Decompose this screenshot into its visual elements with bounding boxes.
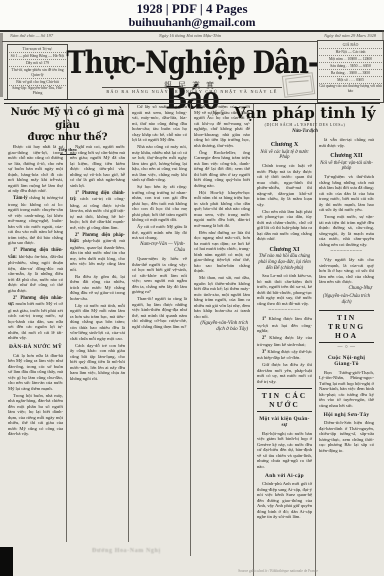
- office-box-line: Tòa-soạn và Trị-sự:: [9, 47, 66, 53]
- article1-title-line2: được như thế?: [7, 132, 128, 145]
- body-paragraph: Than-ôi! người ta cùng là người, họ làm …: [132, 296, 187, 329]
- sub-headline: Anh với Ai-cập: [257, 473, 312, 480]
- body-paragraph: 3° Không được cậy thế-lực mà hiếp-đáp kẻ…: [257, 349, 312, 361]
- article1-title-line1: Nước Mỹ vì có gì mà giàu: [7, 107, 128, 132]
- signature: Chung-Nhự: [319, 286, 372, 292]
- office-box-line: Số 1 — phố Hàng Bông — Hà-Nội: [9, 54, 66, 60]
- dateline-lunar-date: Ngày 16 tháng Hai năm Mậu-Thìn: [120, 33, 260, 39]
- sub-headline: Cuộc Nội-nghị Giang-Tô: [319, 355, 374, 368]
- body-paragraph: Cho nên nhà làm luật phải xét phong-tục …: [257, 209, 312, 242]
- body-paragraph: 2° Phương diện nhân-sự: muốn biết nước M…: [8, 295, 63, 341]
- scan-header-meta: 1928 | PDF | 4 Pages: [0, 1, 384, 16]
- price-box-line: Giá quảng-cáo xin thương-lượng với nhà b…: [319, 84, 382, 94]
- ornamental-separator: ~~~~~~~~~~: [257, 308, 312, 314]
- bleed-through-heading: Đường Hoa-Nam Nghị: [92, 548, 161, 555]
- body-paragraph: Trong hội buôn, nhà máy, nhà ngân-hàng, …: [8, 393, 63, 437]
- body-paragraph: Mỏ than, mỏ sắt, mỏ dầu, nguồn lợi thiên…: [194, 275, 250, 319]
- body-paragraph: Cứ lấy số xuất-cảng năm ngoái mà xem, hà…: [132, 104, 187, 143]
- scan-edge-artifact-left: [0, 33, 3, 97]
- body-paragraph: 1° Không được làm điều vụ-lợi mà hại đến…: [257, 316, 312, 334]
- body-paragraph: Chính trong các luật về nước Pháp mà ta …: [257, 163, 312, 207]
- col-6: là vẫn tồn-tại chẳng mà mất được vậy.Chư…: [315, 104, 377, 576]
- office-box-line: Dây nói số 179: [9, 61, 66, 67]
- article2-title: Vạn pháp tinh lý: [232, 105, 378, 122]
- body-paragraph: Vậy người lấy sức cho sinh-mạnh, là của-…: [319, 257, 374, 285]
- stamp-scribble: [288, 80, 308, 82]
- body-paragraph: Bọn Tưởng-giới-Thạch, Lý-tôn-Nhân, Phùng…: [319, 370, 374, 409]
- tagline-rule: [102, 87, 282, 88]
- masthead-office-box: Tòa-soạn và Trị-sự:Số 1 — phố Hàng Bông …: [7, 44, 68, 100]
- article2-headline: Vạn pháp tinh lý (DỊCH SÁCH «L'ESPRIT DE…: [232, 105, 378, 135]
- masthead-price-box: GIÁ BÁOHà-Nội — Các tỉnhMột năm . . 10$0…: [317, 40, 384, 103]
- body-paragraph: Hội Hoa-kỳ khuyến-học mỗi năm chi ra hàn…: [194, 190, 250, 229]
- office-box-line: Sáng-lập: Nguyễn-hữu-Thu, Hải-Phòng: [9, 86, 66, 96]
- scan-corner-artifact: [0, 547, 13, 576]
- body-paragraph: Ba điều ấy gồm đủ, lại thêm đất rộng của…: [70, 274, 125, 302]
- dateline-issue: Năm thứ chín — Số 197: [10, 33, 53, 39]
- body-paragraph: 1° Phương diện chính-trị: cách cai-trị r…: [70, 190, 125, 231]
- body-paragraph: Giữ được ba điều ấy thì dân-tâm mới yên,…: [257, 362, 312, 384]
- sub-headline: Một vài kiện Quân-sự: [257, 416, 312, 429]
- body-paragraph: Đến như đường xe lửa thì dọc ngang như m…: [194, 230, 250, 274]
- office-box-line: Thư-từ, ngân-phiếu xin đề tên ông Quản-l…: [9, 68, 66, 79]
- price-box-line: Sáu tháng . . 5$50 — 6$50: [319, 64, 382, 70]
- scan-header-email: buihuuhanh@gmail.com: [0, 16, 384, 29]
- sub-headline: Hội nghị Sơn-Tây: [319, 412, 374, 419]
- body-paragraph: Ông Rockefeller, ông Carnegie đem hàng t…: [194, 150, 250, 189]
- chapter-heading: Chương X: [257, 141, 312, 148]
- body-paragraph: Tự-nghiệm và thử-thách chẳng bằng những …: [319, 174, 374, 213]
- margin-note: № 6: [212, 108, 225, 117]
- article2-subtitle-source: (DỊCH SÁCH «L'ESPRIT DES LOIS»): [232, 123, 378, 128]
- scan-source-credit: Source gallica.bnf.fr / Bibliothèque nat…: [198, 569, 358, 574]
- price-box-line: Ba tháng . . 3$00 — 3$50: [319, 71, 382, 77]
- price-box-line: Hà-Nội — Các tỉnh: [319, 50, 382, 56]
- section-title: TIN TRUNG HOA: [319, 310, 374, 343]
- chapter-heading: Chương XII: [319, 152, 374, 159]
- body-paragraph: Chính-phủ Anh mới gửi tờ thông-điệp sang…: [257, 481, 312, 520]
- col-4: Cái quan-niệm của người Mỹ về sự làm già…: [191, 104, 253, 562]
- italic-caption: (Nguyễn-văn-Châu trích dịch): [319, 294, 374, 306]
- section-title: TIN CÁC NƯỚC: [257, 388, 312, 412]
- body-paragraph: 2° Phương diện pháp-luật: pháp-luật giản…: [70, 232, 125, 273]
- body-paragraph: Đại-hội-nghị các nước bàn việc giảm bớt …: [257, 431, 312, 470]
- article1-headline: Nước Mỹ vì có gì mà giàu được như thế? T…: [7, 107, 128, 155]
- top-rule: [0, 30, 384, 32]
- signature: Nam-trợ-Văn — Vịnh-Châu: [132, 242, 185, 254]
- col-5: Chương XNói về các luật tệ ở nước PhápCh…: [253, 104, 315, 576]
- article1-subtitle-rule: [60, 154, 76, 155]
- italic-caption: Thế nào mà hồi đầu chúng phải lòng đạo-đ…: [257, 254, 312, 271]
- body-paragraph: Sau La-mã có tính kiêu-sa, bỏ mất thói c…: [257, 273, 312, 306]
- body-paragraph: Trong một nước, sự vận-tải mà tiện thì t…: [319, 214, 374, 247]
- body-paragraph: Diêm-tích-Sơn hiện đóng đại-bản-dinh ở T…: [319, 420, 374, 453]
- sub-headline: ĐÀN-BÀ NƯỚC MỸ: [8, 344, 63, 351]
- office-box-line: Bài vở gửi cho ông Chủ-bút: [9, 80, 66, 86]
- body-paragraph: Sự học bên ấy rất rộng: trường công trườ…: [132, 184, 187, 223]
- article2-translator: Nửa-Tư dịch: [232, 129, 378, 135]
- col-2: Nghĩ mà coi, người nước nào cũng bởi sự …: [67, 104, 129, 542]
- body-paragraph: Lấy cả nước mà tính, mỗi người dân Mỹ mỗ…: [70, 303, 125, 342]
- col-3: Cứ lấy số xuất-cảng năm ngoái mà xem, hà…: [129, 104, 191, 556]
- article1-subtitle: Tiếp theo: [7, 147, 128, 153]
- article-columns: Được cái hay nhất là sự giao-thông tiện-…: [5, 104, 381, 576]
- masthead-tagline: BÁO RA HẰNG NGÀY TRỪ NGÀY CHỦ NHẬT VÀ NG…: [66, 89, 318, 94]
- body-paragraph: Ấy cái cớ nước Mỹ giàu là thế, người mìn…: [132, 224, 187, 241]
- body-paragraph: Cách dạy-dỗ trẻ con bên ấy cũng khác: co…: [70, 343, 125, 382]
- newspaper-scan-page: 1928 | PDF | 4 Pages buihuuhanh@gmail.co…: [0, 0, 384, 576]
- italic-caption: Nói về thể-lực vận-tải sinh-pháp: [319, 161, 374, 173]
- col-1: Được cái hay nhất là sự giao-thông tiện-…: [5, 104, 67, 542]
- body-paragraph: Tâm-lý chẳng bị tương-tư trong lúc không…: [8, 195, 63, 246]
- body-paragraph: 1° Phương diện thiên-văn: khí-hậu ôn-hòa…: [8, 247, 63, 293]
- body-paragraph: Cái lạ hơn nữa là đàn-bà bên Mỹ cũng ra …: [8, 353, 63, 392]
- body-paragraph: Nhà nào cũng có máy nói, máy khâu, nhiều…: [132, 144, 187, 183]
- signature: (Nguyễn-văn-Vĩnh trích dịch ở báo Tây): [194, 321, 248, 333]
- price-box-line: Một năm . . 10$00 — 12$00: [319, 57, 382, 63]
- price-box-line: GIÁ BÁO: [319, 43, 382, 49]
- italic-caption: Nói về các luật tệ ở nước Pháp: [257, 150, 312, 162]
- ornamental-separator: — ○ —: [319, 345, 374, 351]
- chapter-heading: Chương XI: [257, 246, 312, 253]
- dateline-western-date: Ngày thứ năm 29 Mars 1928: [324, 33, 376, 39]
- ornamental-separator: ~~~~~~~~~~: [319, 249, 374, 255]
- scan-header: 1928 | PDF | 4 Pages buihuuhanh@gmail.co…: [0, 0, 384, 30]
- body-paragraph: là vẫn tồn-tại chẳng mà mất được vậy.: [319, 137, 374, 148]
- body-paragraph: 2° Không được lấy của trá-ngụy làm kế si…: [257, 335, 312, 347]
- body-paragraph: Quan-niệm ấy hiểu về thân-thể người ta c…: [132, 256, 187, 295]
- price-box-line: Một số . . . . 0$05: [319, 78, 382, 84]
